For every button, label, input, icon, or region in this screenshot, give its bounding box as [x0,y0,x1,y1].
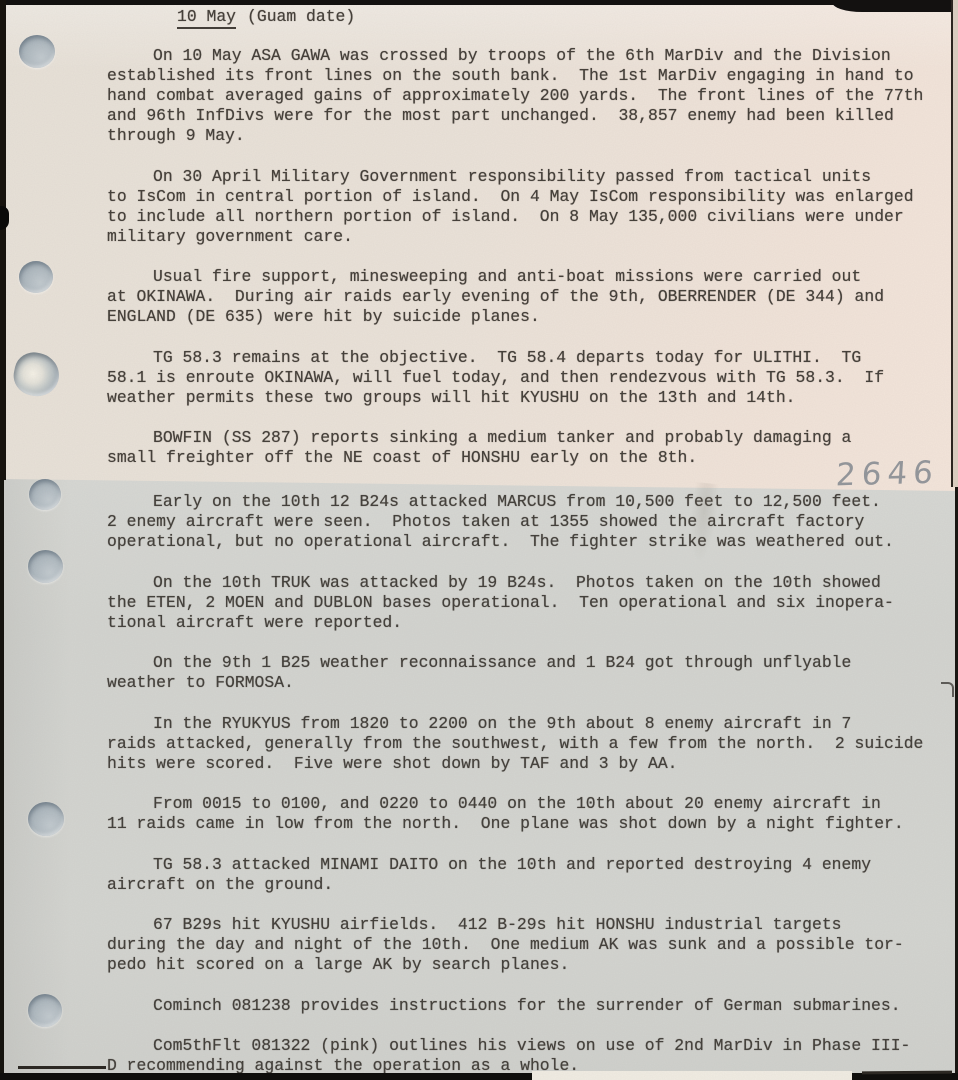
document-paragraph: On the 10th TRUK was attacked by 19 B24s… [107,573,946,633]
scan-edge-top [0,0,958,5]
document-paragraph: 67 B29s hit KYUSHU airfields. 412 B-29s … [107,915,946,975]
document-paragraph: Usual fire support, minesweeping and ant… [107,267,946,327]
document-paragraph: On 10 May ASA GAWA was crossed by troops… [107,46,946,146]
pencil-annotation: 2646 [835,455,940,494]
heading-suffix: (Guam date) [247,7,355,26]
scanned-war-diary-page: Early on the 10th 12 B24s attacked MARCU… [0,0,958,1080]
punch-hole [28,802,64,836]
scan-edge-top-right-notch [832,0,958,12]
heading-date: 10 May [177,7,236,29]
lower-text-column: Early on the 10th 12 B24s attacked MARCU… [0,479,958,1076]
punch-hole [19,261,53,293]
page-heading: 10 May(Guam date) [177,7,946,27]
document-paragraph: In the RYUKYUS from 1820 to 2200 on the … [107,714,946,774]
punch-hole [19,35,55,68]
scan-edge-right-upper [951,0,953,487]
scan-edge-bottom-gap [532,1071,852,1080]
document-paragraph: BOWFIN (SS 287) reports sinking a medium… [107,428,946,468]
scan-edge-right-pale-strip [953,0,958,487]
scan-edge-left-upper [0,0,6,480]
scan-edge-left-lower [0,480,4,1080]
document-paragraph: TG 58.3 attacked MINAMI DAITO on the 10t… [107,855,946,895]
scan-lower-sheet: Early on the 10th 12 B24s attacked MARCU… [0,479,958,1080]
document-paragraph: Cominch 081238 provides instructions for… [107,996,946,1016]
document-paragraph: On the 9th 1 B25 weather reconnaissance … [107,653,946,693]
punch-hole [28,994,62,1027]
bottom-underscore-left [18,1066,106,1069]
document-paragraph: TG 58.3 remains at the objective. TG 58.… [107,348,946,408]
scan-upper-sheet: 10 May(Guam date) On 10 May ASA GAWA was… [0,0,958,491]
upper-text-column: 10 May(Guam date) On 10 May ASA GAWA was… [0,0,958,468]
document-paragraph: On 30 April Military Government responsi… [107,167,946,247]
document-paragraph: Early on the 10th 12 B24s attacked MARCU… [107,492,946,552]
document-paragraph: Com5thFlt 081322 (pink) outlines his vie… [107,1036,946,1076]
punch-hole [29,479,61,510]
margin-pencil-mark [941,682,954,697]
document-paragraph: From 0015 to 0100, and 0220 to 0440 on t… [107,794,946,834]
punch-hole [28,550,63,583]
